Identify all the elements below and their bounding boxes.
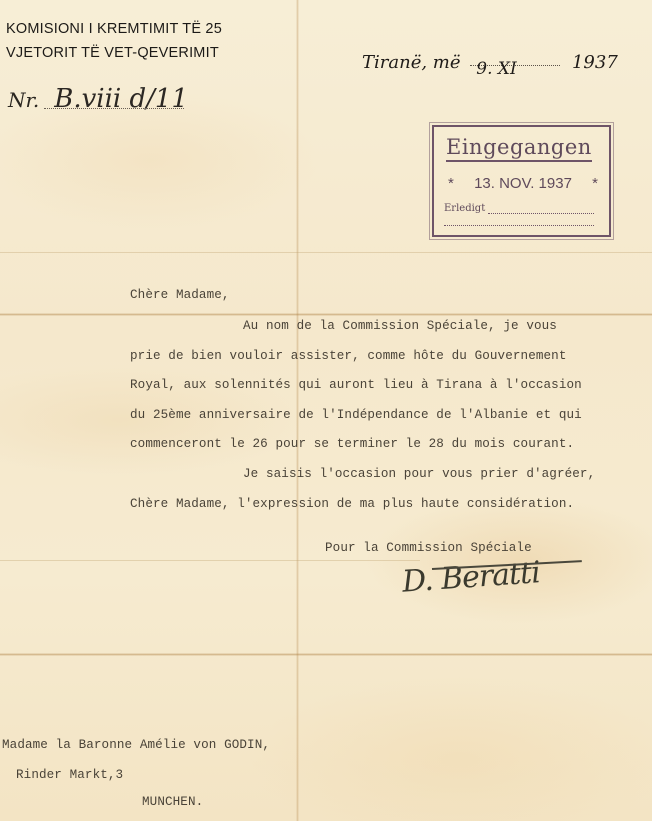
- stamp-date-row: * 13. NOV. 1937 *: [448, 175, 598, 192]
- dateline-year: 1937: [572, 52, 618, 73]
- reference-dotted-line: [44, 108, 184, 109]
- paper-crease: [0, 560, 420, 561]
- letterhead-line-1: KOMISIONI I KREMTIMIT TË 25: [6, 17, 222, 41]
- stamp-title: Eingegangen: [446, 135, 592, 162]
- horizontal-fold-line: [0, 653, 652, 656]
- reference-label: Nr.: [8, 88, 39, 112]
- closing: Pour la Commission Spéciale: [325, 541, 532, 555]
- stamp-field-label: Erledigt: [444, 203, 485, 214]
- body-line: commenceront le 26 pour se terminer le 2…: [130, 437, 574, 451]
- dateline: Tiranë, më 9. XI 1937: [362, 52, 618, 73]
- recipient-street: Rinder Markt,3: [16, 768, 123, 782]
- horizontal-fold-line: [0, 313, 652, 316]
- salutation: Chère Madame,: [130, 288, 230, 302]
- body-line: Je saisis l'occasion pour vous prier d'a…: [243, 467, 595, 481]
- letter-document: KOMISIONI I KREMTIMIT TË 25 VJETORIT TË …: [0, 0, 652, 821]
- reference-number: Nr. B.viii d/11: [8, 84, 188, 114]
- star-icon: *: [592, 175, 598, 192]
- star-icon: *: [448, 175, 454, 192]
- body-line: Chère Madame, l'expression de ma plus ha…: [130, 497, 574, 511]
- recipient-city: MUNCHEN.: [142, 795, 203, 809]
- dateline-day: 9. XI: [476, 59, 516, 79]
- stamp-erledigt-row: Erledigt: [444, 203, 594, 214]
- stamp-date: 13. NOV. 1937: [474, 175, 572, 192]
- body-line: du 25ème anniversaire de l'Indépendance …: [130, 408, 582, 422]
- letterhead-line-2: VJETORIT TË VET-QEVERIMIT: [6, 41, 222, 65]
- paper-crease: [0, 252, 652, 253]
- signature: D. Beratti: [401, 555, 541, 600]
- body-line: Royal, aux solennités qui auront lieu à …: [130, 378, 582, 392]
- body-line: prie de bien vouloir assister, comme hôt…: [130, 349, 566, 363]
- dateline-place: Tiranë, më: [362, 52, 461, 73]
- received-stamp: Eingegangen * 13. NOV. 1937 * Erledigt: [432, 125, 611, 237]
- recipient-name: Madame la Baronne Amélie von GODIN,: [2, 738, 270, 752]
- stamp-dotted-line: [488, 205, 594, 214]
- reference-value: B.viii d/11: [54, 84, 188, 114]
- dateline-fill: 9. XI: [470, 65, 560, 66]
- body-line: Au nom de la Commission Spéciale, je vou…: [243, 319, 557, 333]
- stamp-dotted-line: [444, 225, 594, 226]
- letterhead: KOMISIONI I KREMTIMIT TË 25 VJETORIT TË …: [6, 17, 222, 65]
